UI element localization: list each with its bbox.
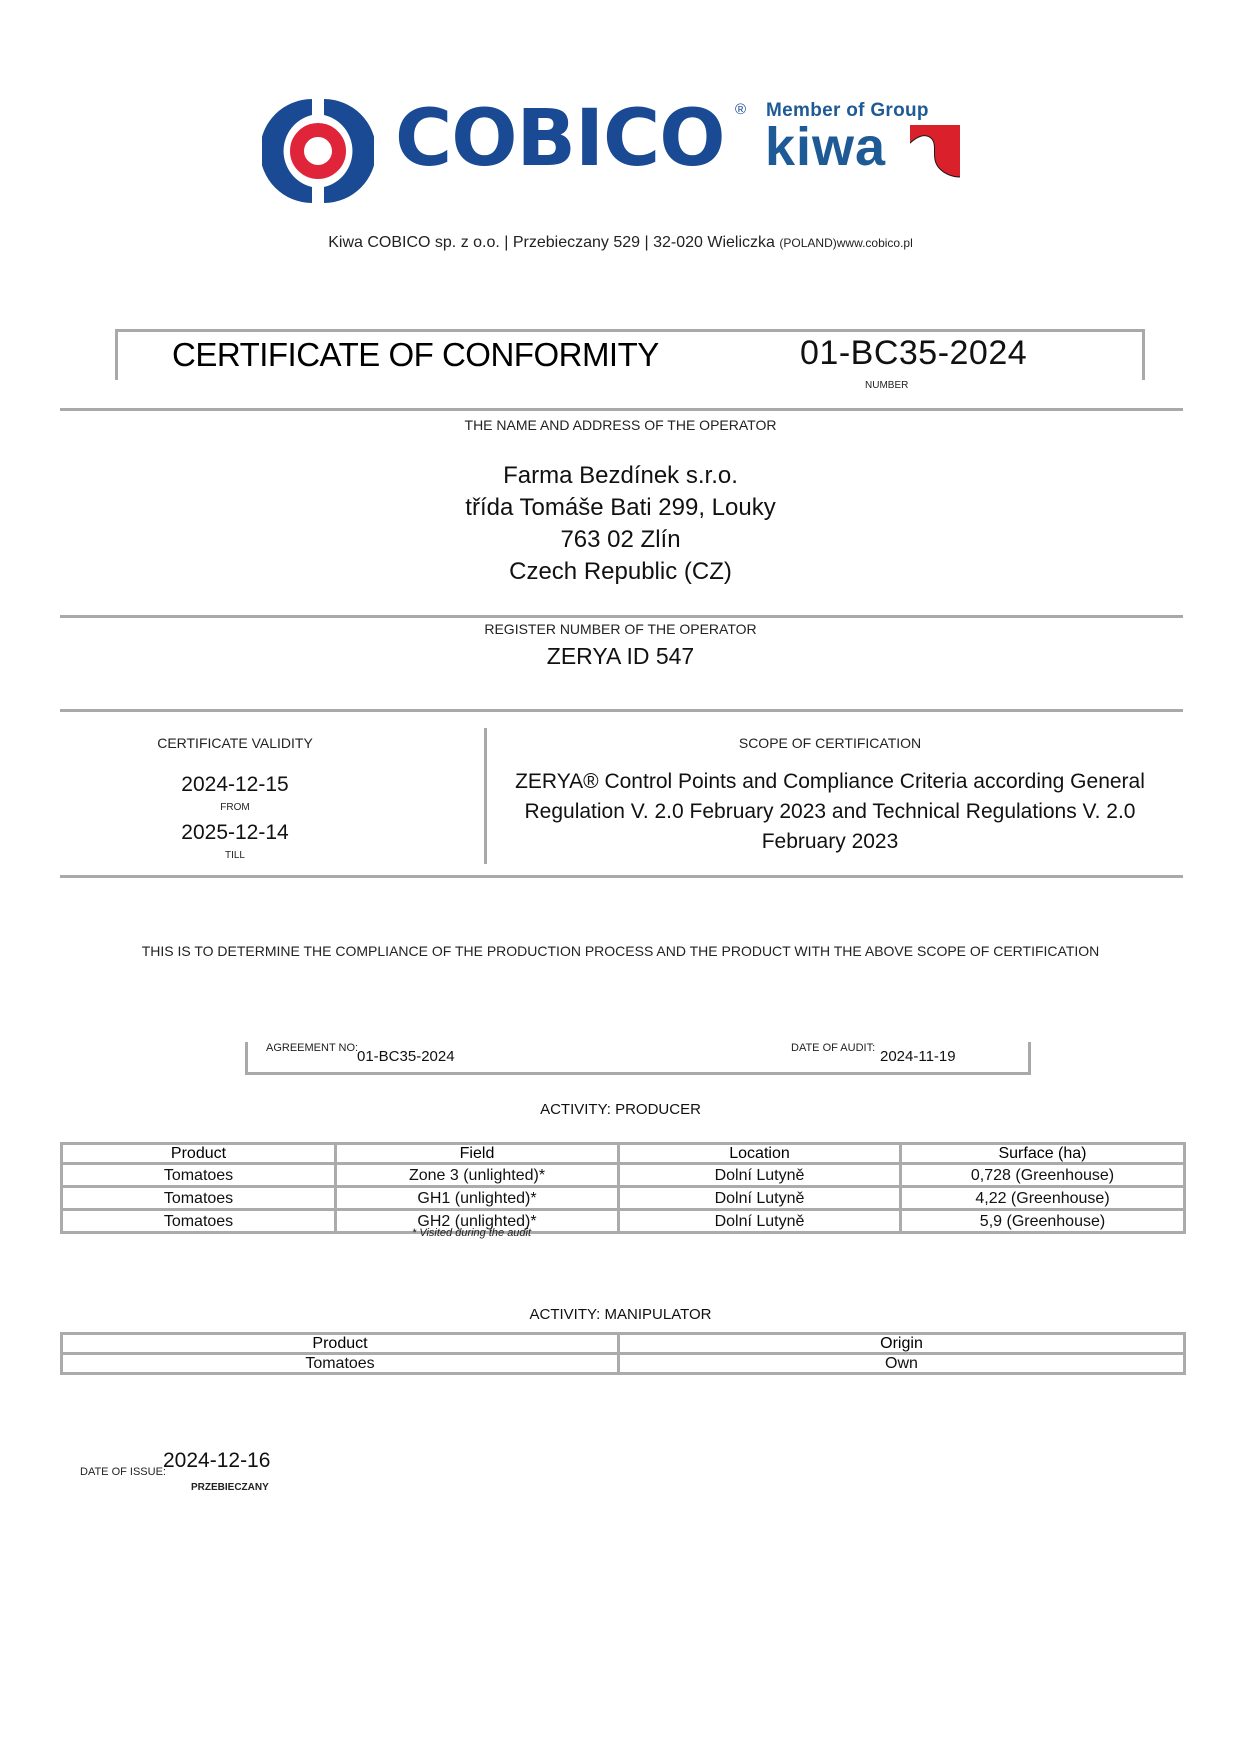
company-website: www.cobico.pl (837, 236, 913, 250)
operator-street: třída Tomáše Bati 299, Louky (0, 492, 1241, 524)
agreement-label: AGREEMENT NO: (266, 1042, 358, 1054)
manipulator-activity-title: ACTIVITY: MANIPULATOR (0, 1306, 1241, 1323)
cell-surface: 5,9 (Greenhouse) (901, 1210, 1185, 1233)
cell-product: Tomatoes (62, 1187, 336, 1210)
column-header-product: Product (62, 1334, 619, 1354)
divider (60, 709, 1183, 712)
cobico-logo-icon (262, 95, 374, 207)
issue-date: 2024-12-16 (163, 1449, 270, 1473)
operator-address-block: Farma Bezdínek s.r.o. třída Tomáše Bati … (0, 460, 1241, 588)
cell-location: Dolní Lutyně (619, 1164, 901, 1187)
operator-name: Farma Bezdínek s.r.o. (0, 460, 1241, 492)
cell-product: Tomatoes (62, 1164, 336, 1187)
producer-activity-title: ACTIVITY: PRODUCER (0, 1101, 1241, 1118)
register-number: ZERYA ID 547 (0, 643, 1241, 670)
manipulator-table: Product Origin Tomatoes Own (60, 1332, 1186, 1375)
cell-field: Zone 3 (unlighted)* (336, 1164, 619, 1187)
document-title: CERTIFICATE OF CONFORMITY (172, 336, 659, 374)
kiwa-beaver-icon (910, 125, 960, 180)
company-country: (POLAND) (779, 236, 836, 250)
issue-place: PRZEBIECZANY (191, 1482, 269, 1493)
validity-label: CERTIFICATE VALIDITY (60, 735, 410, 751)
valid-from-label: FROM (60, 802, 410, 813)
issue-date-label: DATE OF ISSUE: (80, 1466, 166, 1478)
cell-origin: Own (619, 1354, 1185, 1374)
valid-till-date: 2025-12-14 (60, 821, 410, 845)
cell-field: GH1 (unlighted)* (336, 1187, 619, 1210)
audit-footnote: * Visited during the audit (412, 1227, 531, 1239)
company-address-line: Kiwa COBICO sp. z o.o. | Przebieczany 52… (0, 234, 1241, 252)
valid-from-date: 2024-12-15 (60, 773, 410, 797)
column-header-product: Product (62, 1144, 336, 1164)
vertical-divider (484, 728, 487, 864)
operator-country: Czech Republic (CZ) (0, 556, 1241, 588)
company-address: Kiwa COBICO sp. z o.o. | Przebieczany 52… (328, 234, 775, 251)
compliance-statement: THIS IS TO DETERMINE THE COMPLIANCE OF T… (0, 943, 1241, 959)
operator-city: 763 02 Zlín (0, 524, 1241, 556)
scope-label: SCOPE OF CERTIFICATION (515, 735, 1145, 751)
table-row: Tomatoes GH2 (unlighted)* Dolní Lutyně 5… (62, 1210, 1185, 1233)
scope-text: ZERYA® Control Points and Compliance Cri… (515, 767, 1145, 857)
cell-product: Tomatoes (62, 1210, 336, 1233)
valid-till-label: TILL (60, 850, 410, 861)
operator-label: THE NAME AND ADDRESS OF THE OPERATOR (0, 417, 1241, 433)
column-header-field: Field (336, 1144, 619, 1164)
brand-wordmark: COBICO (395, 100, 725, 178)
cell-location: Dolní Lutyně (619, 1187, 901, 1210)
certificate-number-label: NUMBER (865, 380, 908, 391)
cell-product: Tomatoes (62, 1354, 619, 1374)
table-header-row: Product Field Location Surface (ha) (62, 1144, 1185, 1164)
cell-surface: 0,728 (Greenhouse) (901, 1164, 1185, 1187)
divider (60, 615, 1183, 618)
registered-mark: ® (735, 101, 746, 118)
cell-location: Dolní Lutyně (619, 1210, 901, 1233)
column-header-location: Location (619, 1144, 901, 1164)
divider (60, 408, 1183, 411)
producer-table: Product Field Location Surface (ha) Toma… (60, 1142, 1186, 1234)
cell-surface: 4,22 (Greenhouse) (901, 1187, 1185, 1210)
register-label: REGISTER NUMBER OF THE OPERATOR (0, 621, 1241, 637)
table-row: Tomatoes Zone 3 (unlighted)* Dolní Lutyn… (62, 1164, 1185, 1187)
column-header-surface: Surface (ha) (901, 1144, 1185, 1164)
agreement-number: 01-BC35-2024 (357, 1048, 455, 1065)
audit-date-label: DATE OF AUDIT: (791, 1042, 875, 1054)
kiwa-wordmark: kiwa (765, 120, 886, 174)
table-header-row: Product Origin (62, 1334, 1185, 1354)
column-header-origin: Origin (619, 1334, 1185, 1354)
table-row: Tomatoes GH1 (unlighted)* Dolní Lutyně 4… (62, 1187, 1185, 1210)
certificate-number: 01-BC35-2024 (800, 334, 1027, 373)
table-row: Tomatoes Own (62, 1354, 1185, 1374)
audit-date: 2024-11-19 (880, 1048, 956, 1065)
divider (60, 875, 1183, 878)
